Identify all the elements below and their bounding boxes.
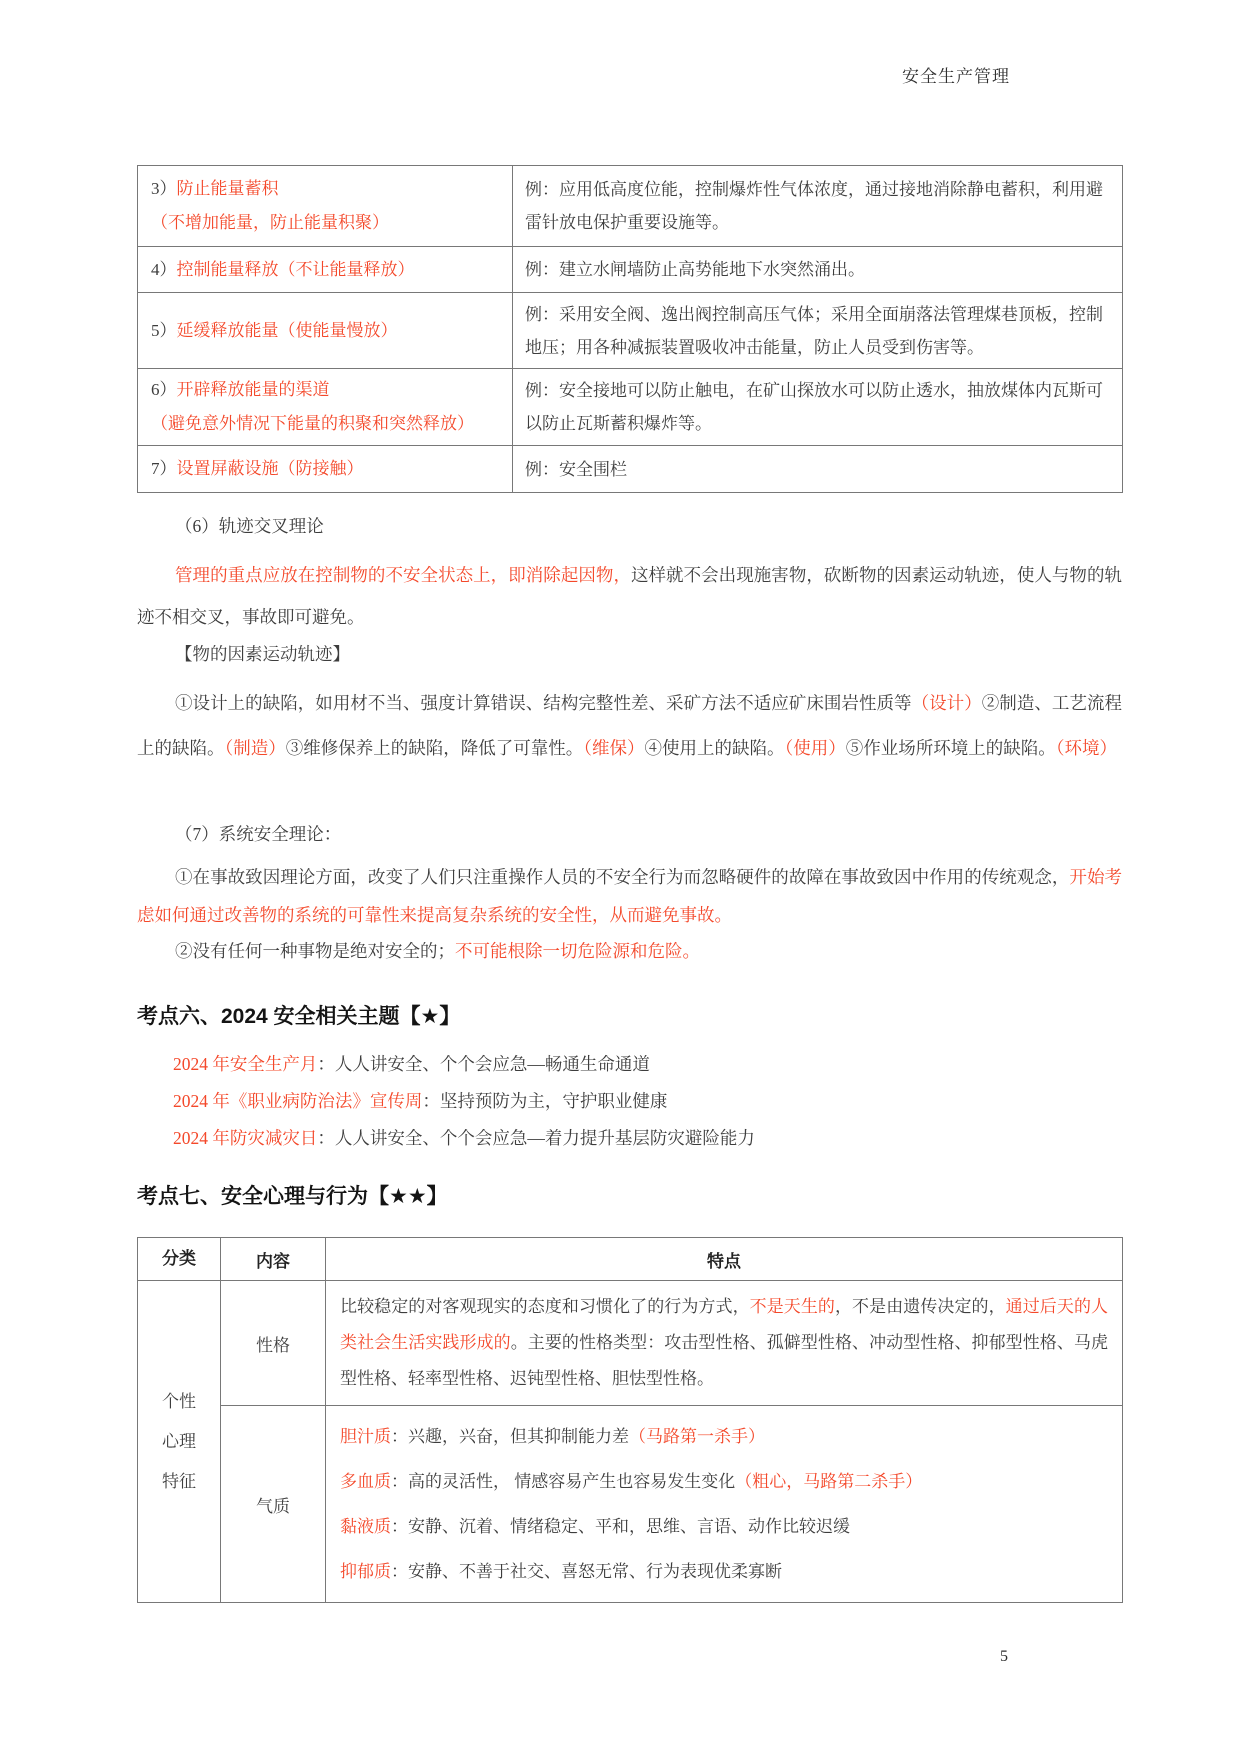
feature-cell: 胆汁质：兴趣，兴奋，但其抑制能力差（马路第一杀手） 多血质：高的灵活性， 情感容… xyxy=(326,1406,1123,1603)
method-cell: 5）延缓释放能量（使能量慢放） xyxy=(138,293,513,369)
object-factors-paragraph: ①设计上的缺陷，如用材不当、强度计算错误、结构完整性差、采矿方法不适应矿床围岩性… xyxy=(137,681,1122,771)
feature-text: 比较稳定的对客观现实的态度和习惯化了的行为方式，不是天生的，不是由遗传决定的，通… xyxy=(340,1289,1108,1397)
page-number: 5 xyxy=(1000,1648,1008,1666)
table-row: 3）防止能量蓄积 （不增加能量，防止能量积聚） 例：应用低高度位能，控制爆炸性气… xyxy=(138,166,1123,247)
column-header-category: 分类 xyxy=(138,1238,221,1281)
safety-theme-item: 2024 年《职业病防治法》宣传周：坚持预防为主，守护职业健康 xyxy=(137,1083,1122,1120)
method-cell: 6）开辟释放能量的渠道 （避免意外情况下能量的积聚和突然释放） xyxy=(138,369,513,446)
section-title-kaodian7: 考点七、安全心理与行为【★★】 xyxy=(137,1180,448,1210)
temperament-line: 胆汁质：兴趣，兴奋，但其抑制能力差（马路第一杀手） xyxy=(340,1414,1108,1459)
document-page: 安全生产管理 3）防止能量蓄积 （不增加能量，防止能量积聚） 例：应用低高度位能… xyxy=(0,0,1240,1739)
example-cell: 例：应用低高度位能，控制爆炸性气体浓度，通过接地消除静电蓄积，利用避雷针放电保护… xyxy=(513,166,1123,247)
example-cell: 例：安全围栏 xyxy=(513,446,1123,493)
energy-control-table: 3）防止能量蓄积 （不增加能量，防止能量积聚） 例：应用低高度位能，控制爆炸性气… xyxy=(137,165,1123,493)
safety-theme-item: 2024 年安全生产月：人人讲安全、个个会应急—畅通生命通道 xyxy=(137,1046,1122,1083)
temperament-line: 多血质：高的灵活性， 情感容易产生也容易发生变化（粗心，马路第二杀手） xyxy=(340,1459,1108,1504)
column-header-content: 内容 xyxy=(221,1238,326,1281)
trajectory-theory-heading: （6）轨迹交叉理论 xyxy=(137,513,1122,538)
table-row: 4）控制能量释放（不让能量释放） 例：建立水闸墙防止高势能地下水突然涌出。 xyxy=(138,247,1123,293)
psychology-table: 分类 内容 特点 个性 心理 特征 性格 比较稳定的对客观现实的态度和习惯化了的… xyxy=(137,1237,1123,1603)
table-row: 5）延缓释放能量（使能量慢放） 例：采用安全阀、逸出阀控制高压气体；采用全面崩落… xyxy=(138,293,1123,369)
content-cell: 气质 xyxy=(221,1406,326,1603)
system-theory-point-2: ②没有任何一种事物是绝对安全的；不可能根除一切危险源和危险。 xyxy=(137,938,1122,963)
method-cell: 4）控制能量释放（不让能量释放） xyxy=(138,247,513,293)
system-theory-point-1: ①在事故致因理论方面，改变了人们只注重操作人员的不安全行为而忽略硬件的故障在事故… xyxy=(137,858,1122,934)
object-factors-subheading: 【物的因素运动轨迹】 xyxy=(137,641,1122,666)
feature-cell: 比较稳定的对客观现实的态度和习惯化了的行为方式，不是天生的，不是由遗传决定的，通… xyxy=(326,1281,1123,1406)
method-cell: 3）防止能量蓄积 （不增加能量，防止能量积聚） xyxy=(138,166,513,247)
trajectory-theory-paragraph: 管理的重点应放在控制物的不安全状态上，即消除起因物，这样就不会出现施害物，砍断物… xyxy=(137,554,1122,638)
method-cell: 7）设置屏蔽设施（防接触） xyxy=(138,446,513,493)
temperament-line: 抑郁质：安静、不善于社交、喜怒无常、行为表现优柔寡断 xyxy=(340,1549,1108,1594)
running-header: 安全生产管理 xyxy=(902,62,1010,87)
system-theory-heading: （7）系统安全理论： xyxy=(137,821,1122,846)
table-row: 6）开辟释放能量的渠道 （避免意外情况下能量的积聚和突然释放） 例：安全接地可以… xyxy=(138,369,1123,446)
temperament-line: 黏液质：安静、沉着、情绪稳定、平和，思维、言语、动作比较迟缓 xyxy=(340,1504,1108,1549)
example-cell: 例：安全接地可以防止触电，在矿山探放水可以防止透水，抽放煤体内瓦斯可以防止瓦斯蓄… xyxy=(513,369,1123,446)
example-cell: 例：采用安全阀、逸出阀控制高压气体；采用全面崩落法管理煤巷顶板，控制地压；用各种… xyxy=(513,293,1123,369)
column-header-feature: 特点 xyxy=(326,1238,1123,1281)
table-row: 气质 胆汁质：兴趣，兴奋，但其抑制能力差（马路第一杀手） 多血质：高的灵活性， … xyxy=(138,1406,1123,1603)
category-cell: 个性 心理 特征 xyxy=(138,1281,221,1603)
table-header-row: 分类 内容 特点 xyxy=(138,1238,1123,1281)
section-title-kaodian6: 考点六、2024 安全相关主题【★】 xyxy=(137,1000,460,1030)
table-row: 7）设置屏蔽设施（防接触） 例：安全围栏 xyxy=(138,446,1123,493)
safety-theme-item: 2024 年防灾减灾日：人人讲安全、个个会应急—着力提升基层防灾避险能力 xyxy=(137,1120,1122,1157)
content-cell: 性格 xyxy=(221,1281,326,1406)
example-cell: 例：建立水闸墙防止高势能地下水突然涌出。 xyxy=(513,247,1123,293)
table-row: 个性 心理 特征 性格 比较稳定的对客观现实的态度和习惯化了的行为方式，不是天生… xyxy=(138,1281,1123,1406)
